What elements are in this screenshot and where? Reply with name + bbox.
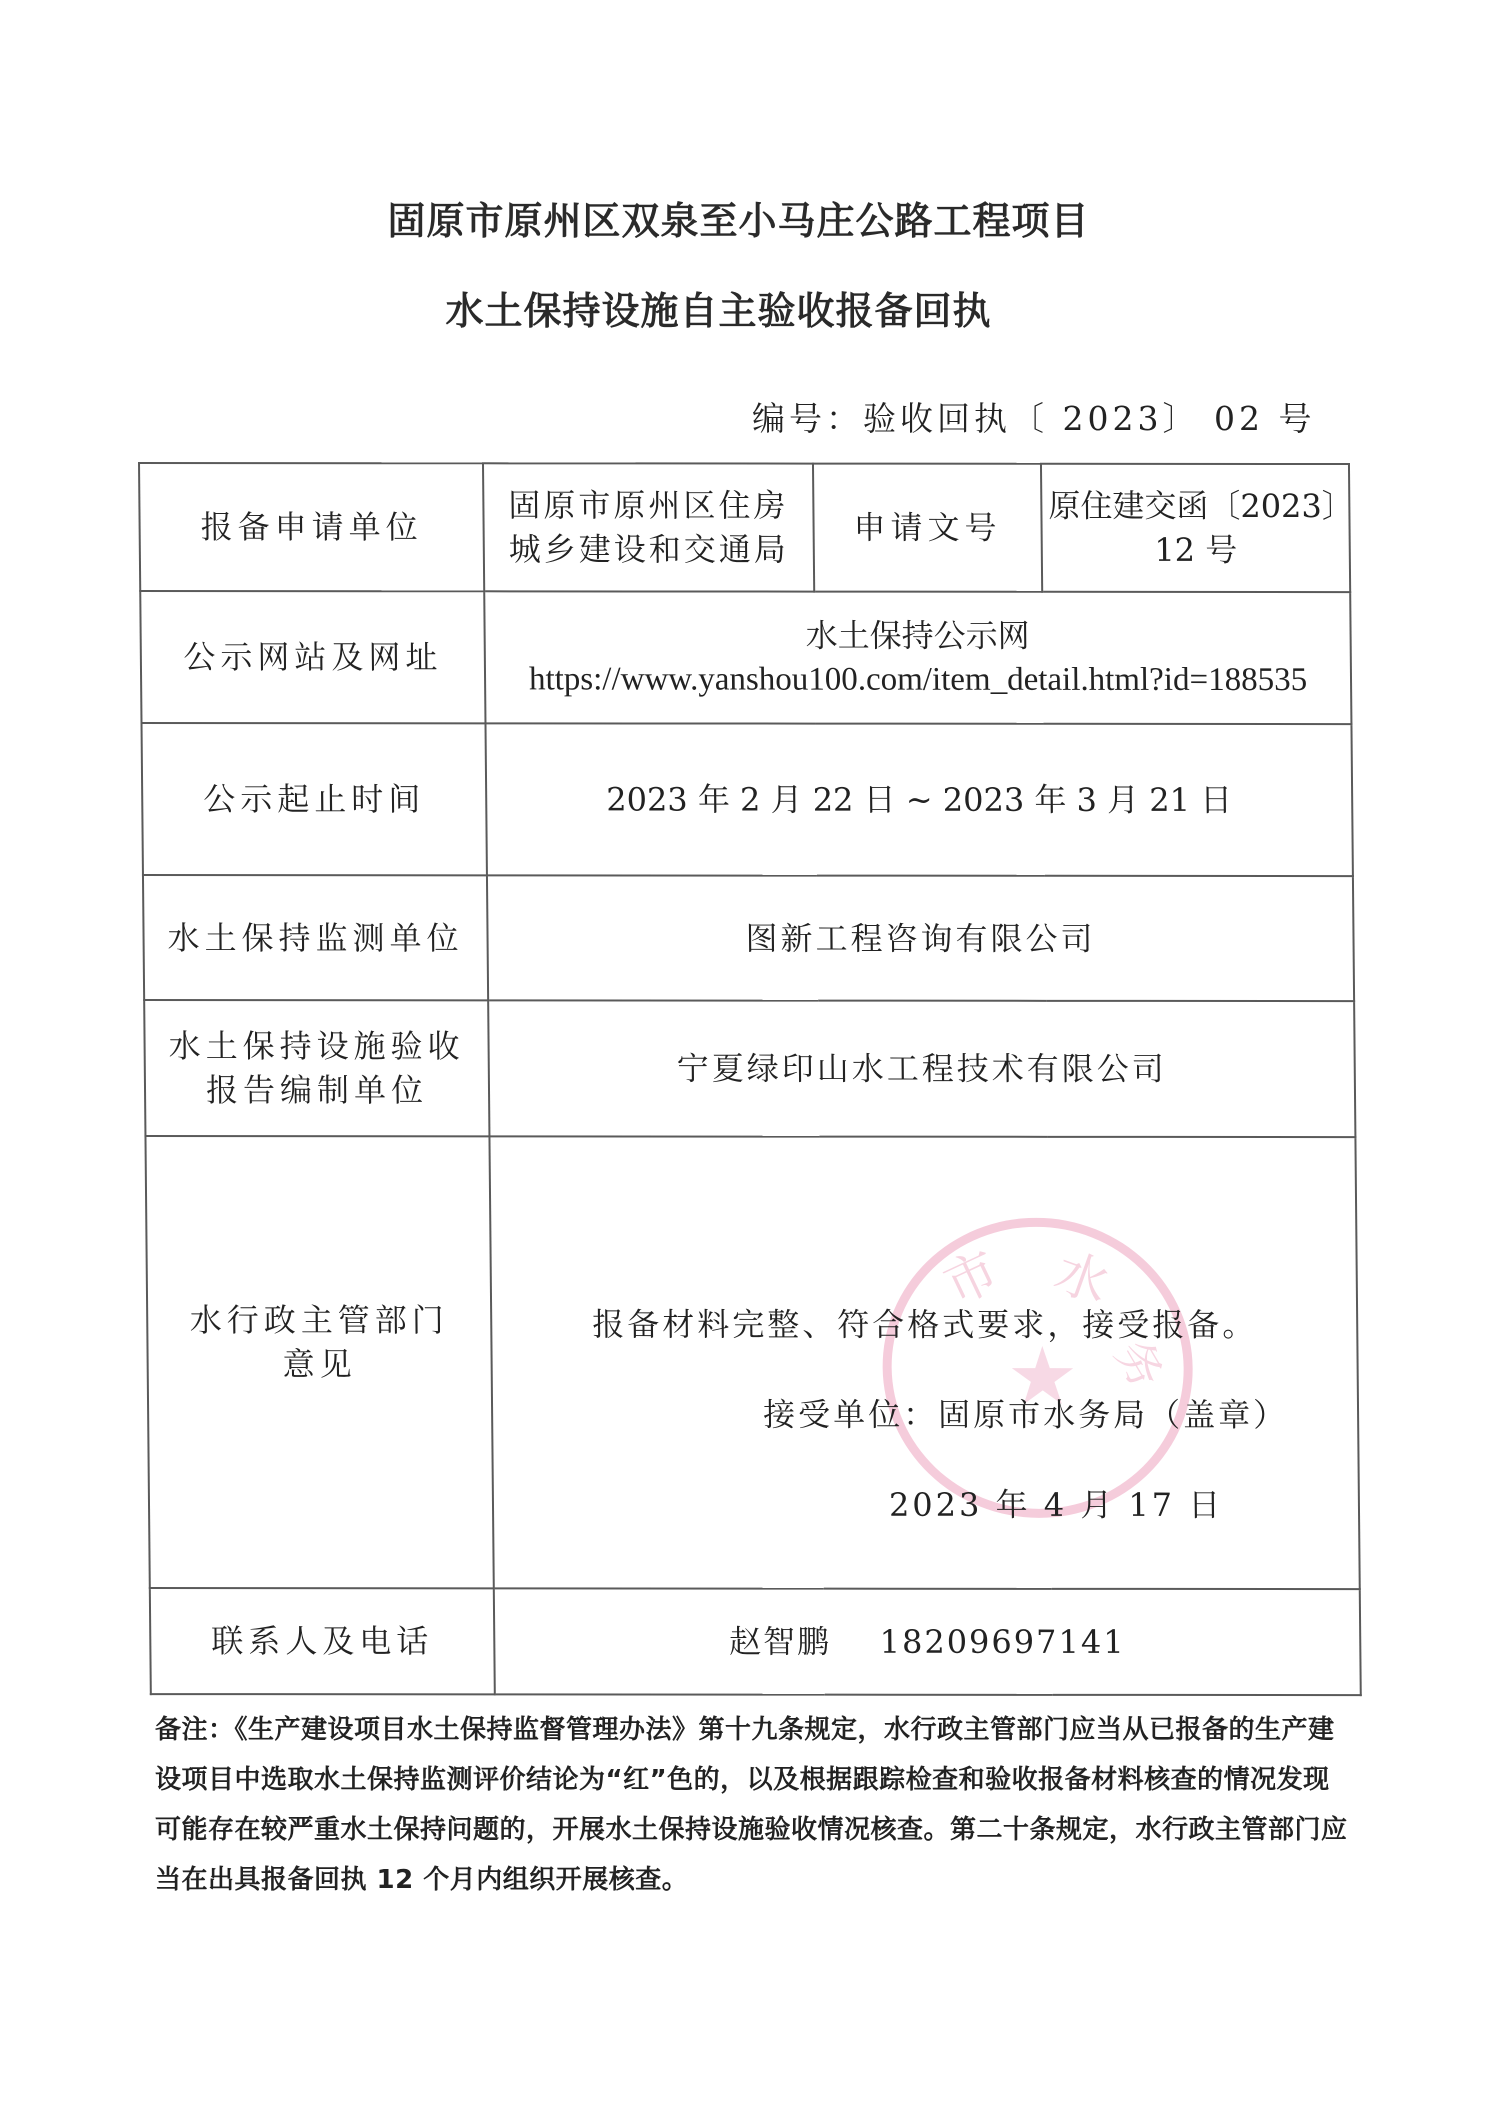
- website-name: 水土保持公示网: [491, 613, 1343, 658]
- report-unit-value: 宁夏绿印山水工程技术有限公司: [488, 1000, 1355, 1137]
- official-seal: 市 水 务 ★: [881, 1218, 1194, 1518]
- footnote: 备注：《生产建设项目水土保持监督管理办法》第十九条规定，水行政主管部门应当从已报…: [155, 1705, 1350, 1905]
- table-row-contact: 联系人及电话 赵智鹏 18209697141: [150, 1588, 1361, 1695]
- filing-form-table: 报备申请单位 固原市原州区住房 城乡建设和交通局 申请文号 原住建交函〔2023…: [138, 462, 1362, 1696]
- applicant-value: 固原市原州区住房 城乡建设和交通局: [483, 463, 814, 591]
- table-row-applicant: 报备申请单位 固原市原州区住房 城乡建设和交通局 申请文号 原住建交函〔2023…: [139, 463, 1350, 592]
- applicant-value-line2: 城乡建设和交通局: [491, 527, 807, 571]
- website-value: 水土保持公示网 https://www.yanshou100.com/item_…: [484, 591, 1351, 724]
- application-number-line1: 原住建交函〔2023〕: [1048, 484, 1342, 528]
- application-number-value: 原住建交函〔2023〕 12 号: [1041, 464, 1350, 592]
- authority-opinion-label-line1: 水行政主管部门: [154, 1298, 484, 1342]
- table-row-authority-opinion: 水行政主管部门 意见 市 水 务 ★ 报备材料完整、符合格式要求，接受报备。 接…: [145, 1136, 1359, 1589]
- contact-value: 赵智鹏 18209697141: [494, 1588, 1361, 1695]
- applicant-value-line1: 固原市原州区住房: [490, 483, 806, 527]
- website-label: 公示网站及网址: [140, 591, 485, 723]
- table-row-monitoring-unit: 水土保持监测单位 图新工程咨询有限公司: [143, 875, 1354, 1001]
- authority-opinion-label: 水行政主管部门 意见: [145, 1136, 493, 1588]
- report-unit-label-line2: 报告编制单位: [152, 1068, 482, 1112]
- applicant-label: 报备申请单位: [139, 463, 484, 591]
- receiving-unit: 接受单位：固原市水务局（盖章）: [763, 1393, 1288, 1437]
- monitoring-unit-value: 图新工程咨询有限公司: [487, 875, 1354, 1001]
- monitoring-unit-label: 水土保持监测单位: [143, 875, 488, 1000]
- opinion-text: 报备材料完整、符合格式要求，接受报备。: [592, 1302, 1257, 1347]
- table-row-website: 公示网站及网址 水土保持公示网 https://www.yanshou100.c…: [140, 591, 1351, 724]
- table-row-report-unit: 水土保持设施验收 报告编制单位 宁夏绿印山水工程技术有限公司: [144, 1000, 1355, 1137]
- contact-label: 联系人及电话: [150, 1588, 495, 1694]
- document-number: 编号：验收回执〔 2023〕 02 号: [752, 393, 1315, 440]
- application-number-label: 申请文号: [813, 464, 1042, 592]
- publicity-period-label: 公示起止时间: [142, 723, 487, 875]
- report-unit-label: 水土保持设施验收 报告编制单位: [144, 1000, 489, 1136]
- website-url[interactable]: https://www.yanshou100.com/item_detail.h…: [492, 657, 1344, 702]
- report-unit-label-line1: 水土保持设施验收: [151, 1024, 481, 1068]
- seal-char-1: 市: [939, 1248, 1005, 1310]
- table-row-publicity-period: 公示起止时间 2023 年 2 月 22 日 ~ 2023 年 3 月 21 日: [142, 723, 1353, 876]
- authority-opinion-value: 市 水 务 ★ 报备材料完整、符合格式要求，接受报备。 接受单位：固原市水务局（…: [489, 1136, 1359, 1589]
- application-number-line2: 12 号: [1049, 528, 1343, 572]
- authority-opinion-label-line2: 意见: [154, 1342, 484, 1386]
- opinion-date: 2023 年 4 月 17 日: [889, 1483, 1224, 1527]
- document-title-line2: 水土保持设施自主验收报备回执: [0, 280, 1462, 335]
- publicity-period-value: 2023 年 2 月 22 日 ~ 2023 年 3 月 21 日: [485, 723, 1352, 876]
- seal-char-2: 水: [1050, 1249, 1114, 1308]
- document-title-line1: 固原市原州区双泉至小马庄公路工程项目: [0, 190, 1482, 245]
